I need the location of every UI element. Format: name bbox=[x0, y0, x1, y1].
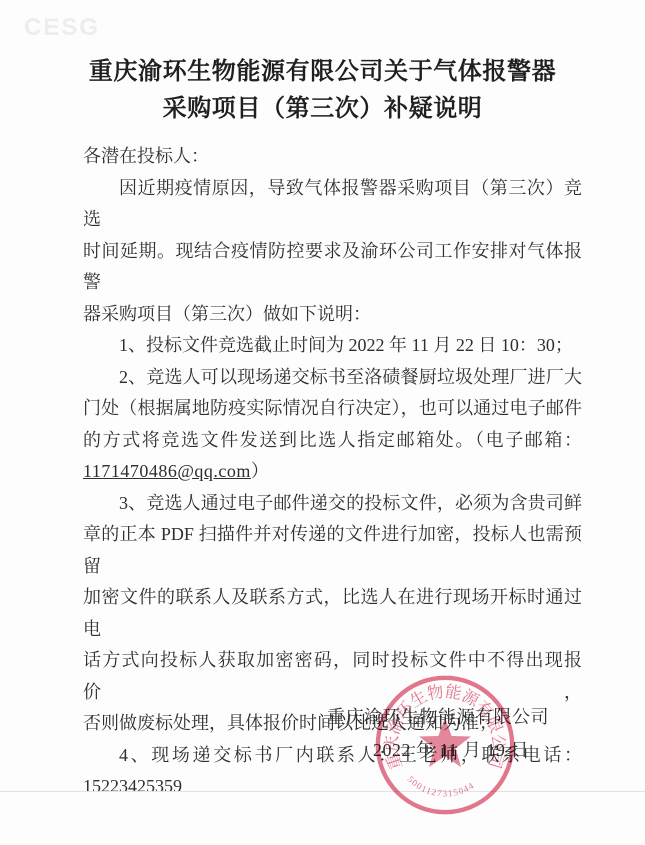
star-icon bbox=[419, 718, 471, 767]
cesg-watermark: CESG bbox=[24, 14, 100, 42]
body-line: 章的正本 PDF 扫描件并对传递的文件进行加密，投标人也需预留 bbox=[83, 519, 582, 582]
body-line: 加密文件的联系人及联系方式，比选人在进行现场开标时通过电 bbox=[83, 582, 582, 645]
document-title-line2: 采购项目（第三次）补疑说明 bbox=[0, 91, 645, 128]
seal-code-text: 5001127315044 bbox=[405, 774, 476, 798]
body-line-email: 1171470486@qq.com） bbox=[83, 456, 582, 488]
company-seal: 重庆渝环生物能源有限公司 5001127315044 bbox=[372, 672, 518, 818]
body-line-item-3: 3、竞选人通过电子邮件递交的投标文件，必须为含贵司鲜 bbox=[83, 488, 582, 520]
document-title: 重庆渝环生物能源有限公司关于气体报警器 采购项目（第三次）补疑说明 bbox=[0, 54, 645, 128]
body-line: 器采购项目（第三次）做如下说明： bbox=[83, 299, 582, 331]
body-line: 门处（根据属地防疫实际情况自行决定），也可以通过电子邮件 bbox=[83, 393, 582, 425]
salutation: 各潜在投标人： bbox=[83, 141, 582, 173]
body-line-item-2: 2、竞选人可以现场递交标书至洛碛餐厨垃圾处理厂进厂大 bbox=[83, 362, 582, 394]
scanned-notice-page: CESG 重庆渝环生物能源有限公司关于气体报警器 采购项目（第三次）补疑说明 各… bbox=[0, 0, 645, 845]
body-line: 的方式将竞选文件发送到比选人指定邮箱处。（电子邮箱： bbox=[83, 425, 582, 457]
email-address: 1171470486@qq.com bbox=[83, 461, 251, 481]
svg-text:5001127315044: 5001127315044 bbox=[405, 774, 476, 798]
email-suffix: ） bbox=[251, 461, 269, 481]
page-divider bbox=[0, 791, 645, 792]
document-title-line1: 重庆渝环生物能源有限公司关于气体报警器 bbox=[0, 54, 645, 91]
body-line: 时间延期。现结合疫情防控要求及渝环公司工作安排对气体报警 bbox=[83, 236, 582, 299]
body-line: 因近期疫情原因，导致气体报警器采购项目（第三次）竞选 bbox=[83, 173, 582, 236]
body-line-item-1: 1、投标文件竞选截止时间为 2022 年 11 月 22 日 10：30； bbox=[83, 330, 582, 362]
